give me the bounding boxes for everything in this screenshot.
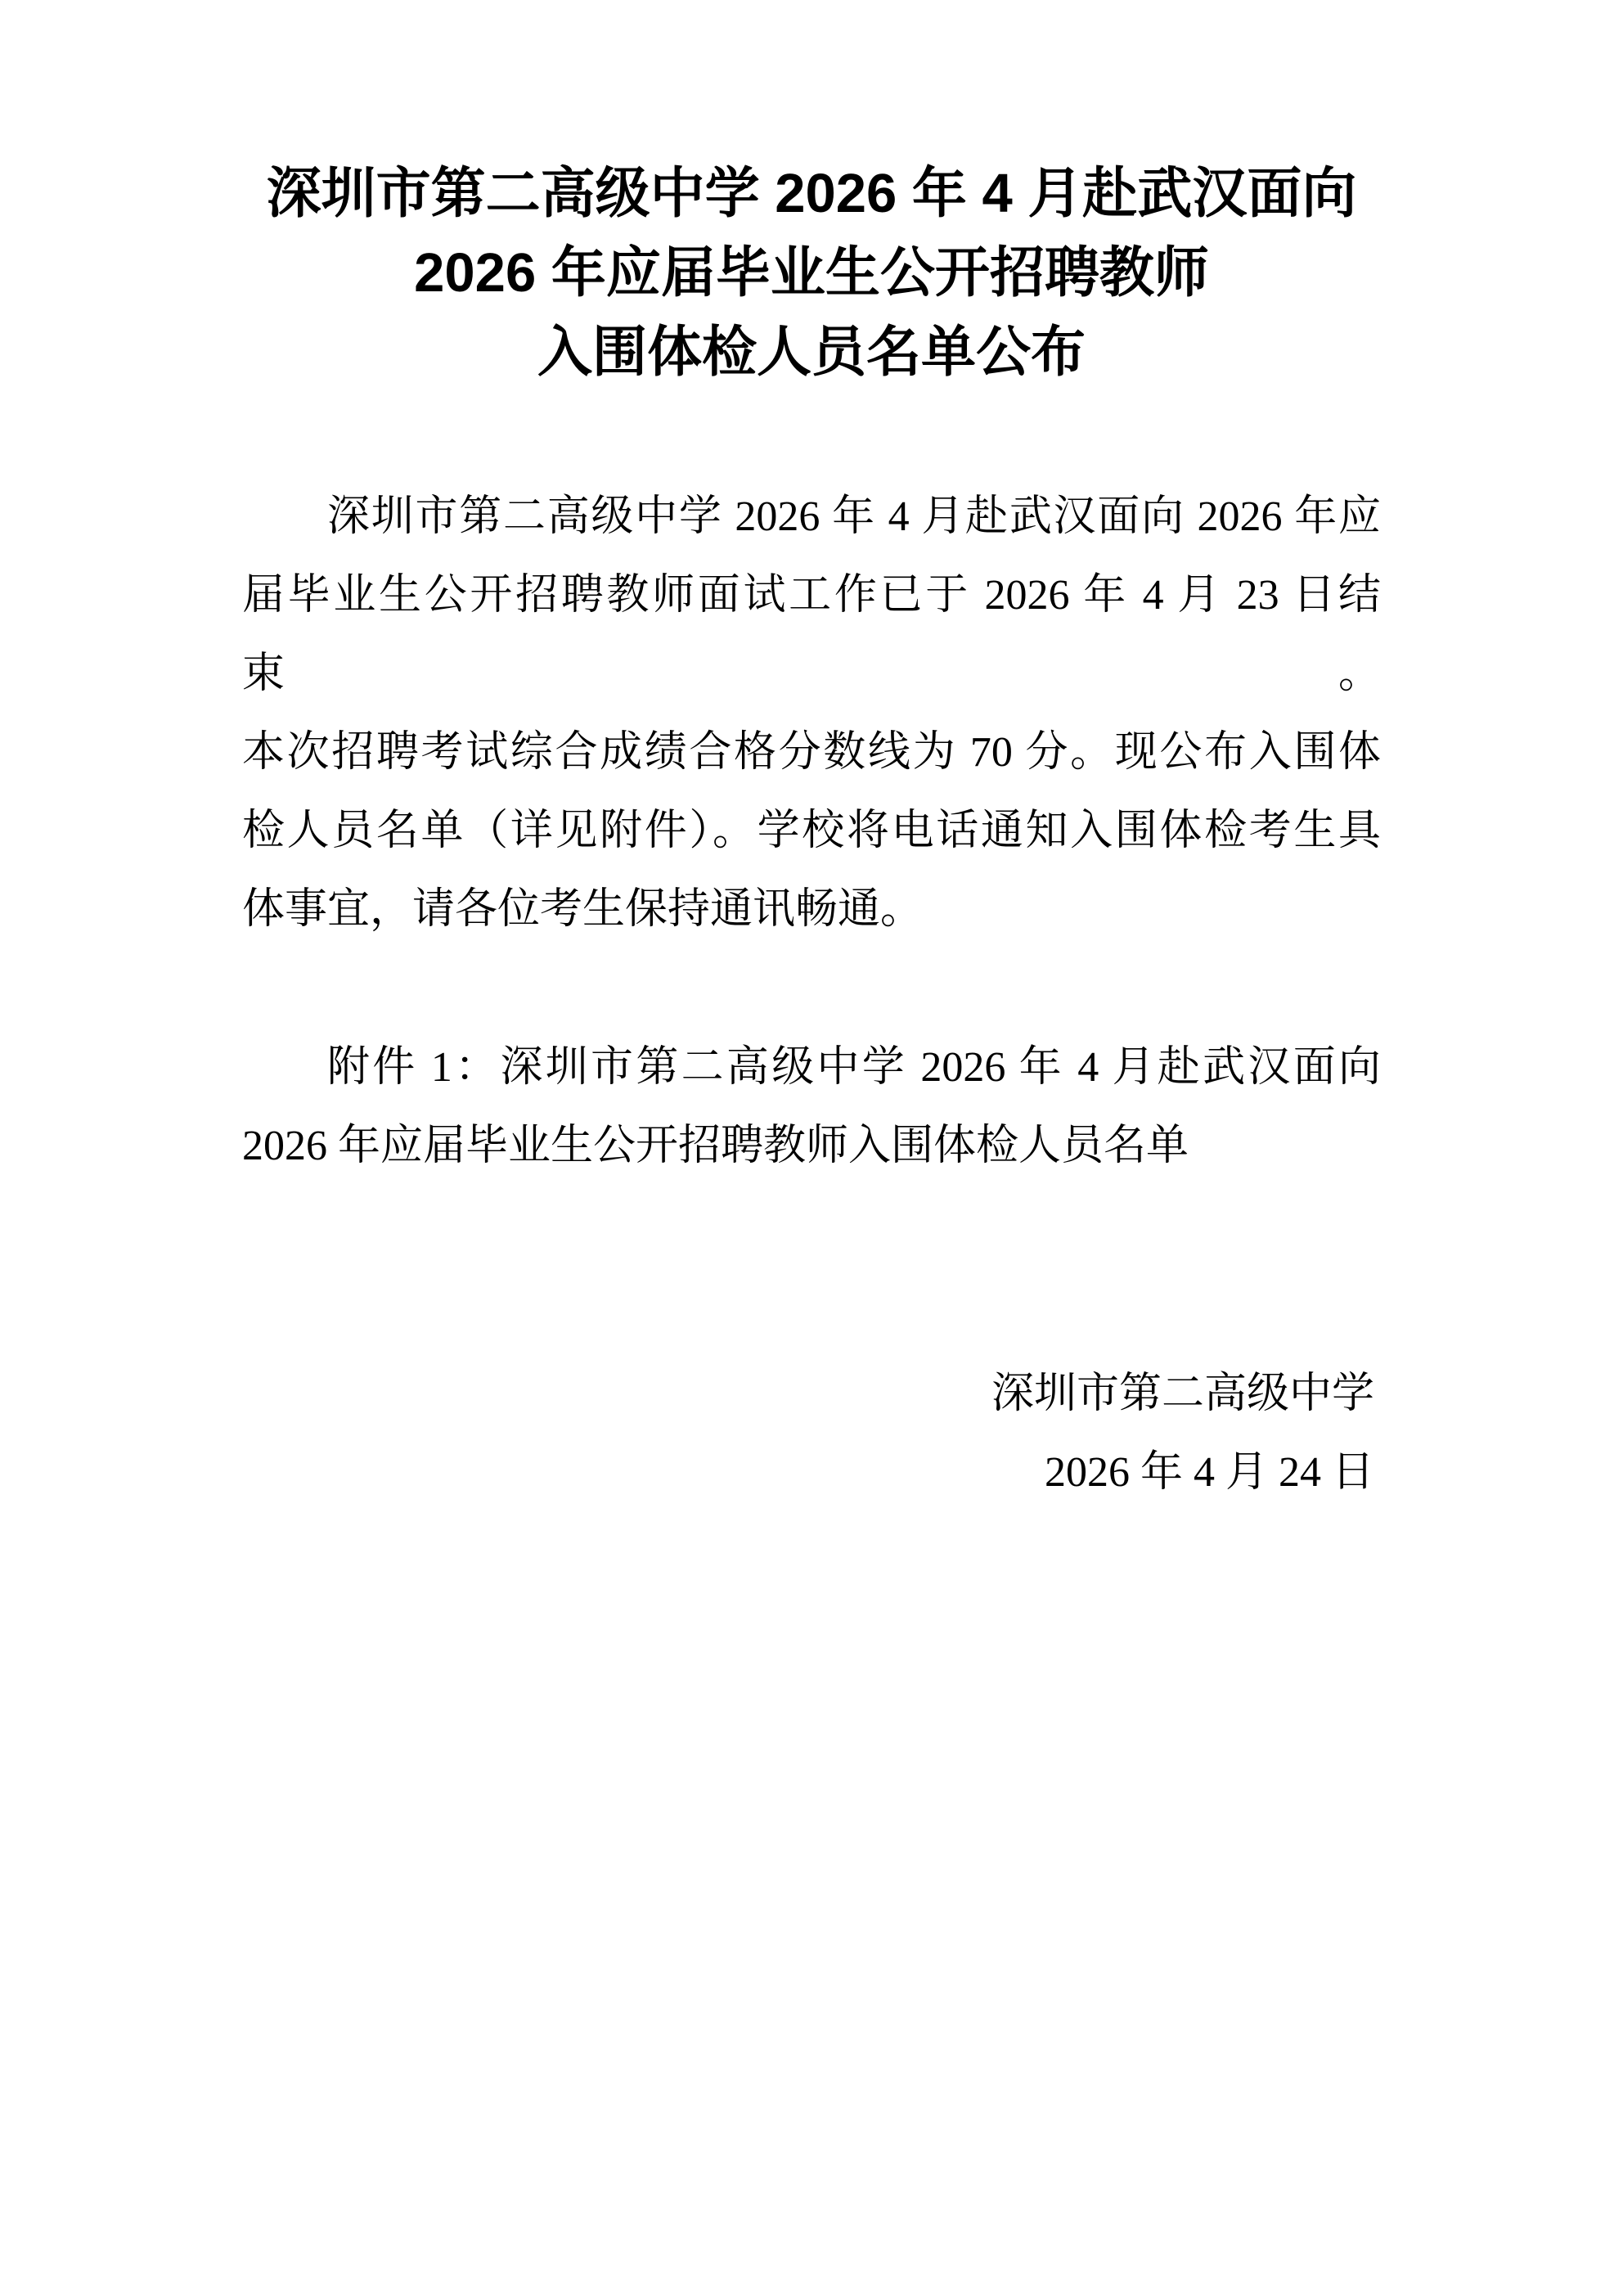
signature-date: 2026 年 4 月 24 日: [242, 1434, 1374, 1512]
body-paragraph-line-1: 深圳市第二高级中学 2026 年 4 月赴武汉面向 2026 年应: [242, 478, 1381, 556]
attachment-paragraph-line-2: 2026 年应届毕业生公开招聘教师入围体检人员名单: [242, 1107, 1381, 1186]
signature-organization: 深圳市第二高级中学: [242, 1355, 1374, 1434]
signature-block: 深圳市第二高级中学 2026 年 4 月 24 日: [242, 1355, 1381, 1512]
document-page: 深圳市第二高级中学 2026 年 4 月赴武汉面向2026 年应届毕业生公开招聘…: [0, 0, 1623, 2296]
body-paragraph-line-5: 体事宜，请各位考生保持通讯畅通。: [242, 871, 1381, 949]
attachment-paragraph-line-1: 附件 1：深圳市第二高级中学 2026 年 4 月赴武汉面向: [242, 1029, 1381, 1107]
body-paragraph: 深圳市第二高级中学 2026 年 4 月赴武汉面向 2026 年应届毕业生公开招…: [242, 478, 1381, 949]
attachment-paragraph: 附件 1：深圳市第二高级中学 2026 年 4 月赴武汉面向2026 年应届毕业…: [242, 1029, 1381, 1186]
title-line-3: 入围体检人员名单公布: [242, 313, 1381, 392]
body-paragraph-line-2: 届毕业生公开招聘教师面试工作已于 2026 年 4 月 23 日结束。: [242, 556, 1381, 714]
body-paragraph-line-3: 本次招聘考试综合成绩合格分数线为 70 分。现公布入围体: [242, 714, 1381, 792]
body-paragraph-line-4: 检人员名单（详见附件）。学校将电话通知入围体检考生具: [242, 792, 1381, 871]
title-line-1: 深圳市第二高级中学 2026 年 4 月赴武汉面向: [242, 154, 1381, 233]
document-content: 深圳市第二高级中学 2026 年 4 月赴武汉面向2026 年应届毕业生公开招聘…: [242, 0, 1381, 1512]
title-line-2: 2026 年应届毕业生公开招聘教师: [242, 233, 1381, 313]
document-title: 深圳市第二高级中学 2026 年 4 月赴武汉面向2026 年应届毕业生公开招聘…: [242, 154, 1381, 392]
